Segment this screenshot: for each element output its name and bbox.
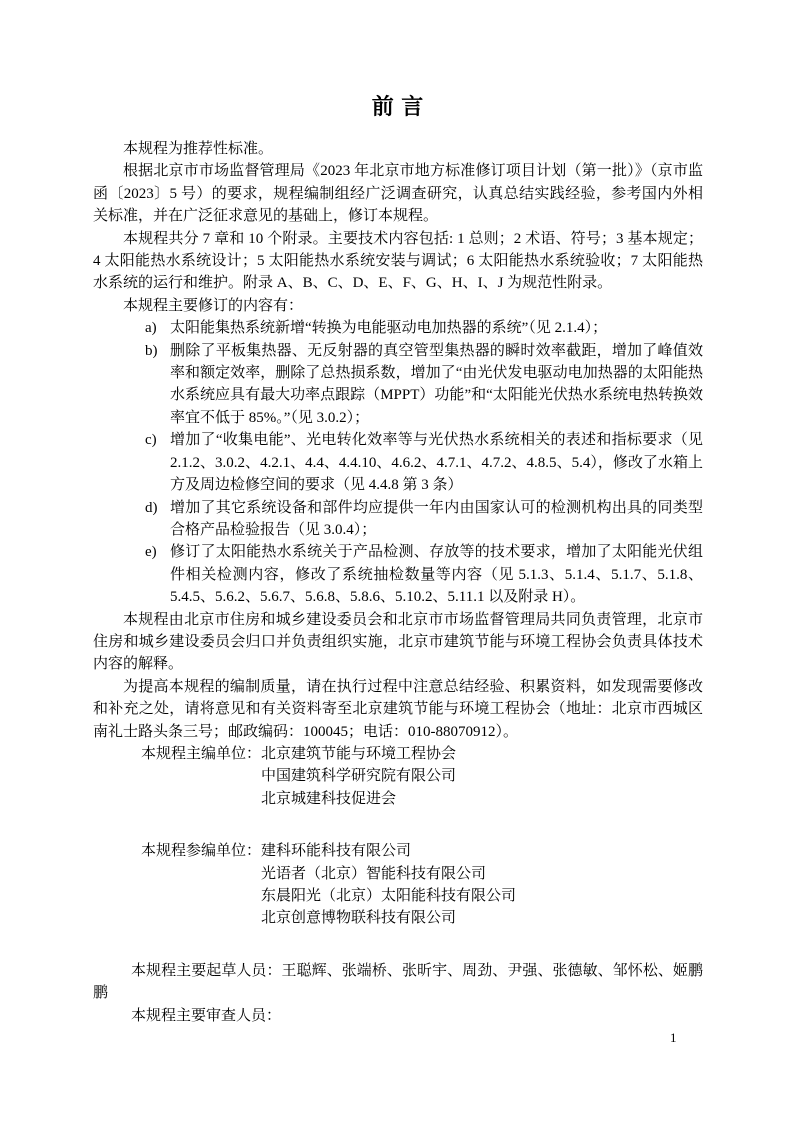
revision-list: a) 太阳能集热系统新增“转换为电能驱动电加热器的系统”（见 2.1.4）； b… <box>93 317 703 608</box>
revision-item-label: e) <box>145 541 157 563</box>
revision-item-text: 修订了太阳能热水系统关于产品检测、存放等的技术要求，增加了太阳能光伏组件相关检测… <box>170 544 703 605</box>
co-editor-unit: 光语者（北京）智能科技有限公司 <box>261 863 516 885</box>
paragraph-recommended-standard: 本规程为推荐性标准。 <box>93 138 703 160</box>
co-editor-block: 本规程参编单位： 建科环能科技有限公司 光语者（北京）智能科技有限公司 东晨阳光… <box>141 840 703 930</box>
revision-item-label: c) <box>145 429 157 451</box>
chief-editor-unit: 北京城建科技促进会 <box>261 788 456 810</box>
revision-item-b: b) 删除了平板集热器、无反射器的真空管型集热器的瞬时效率截距，增加了峰值效率和… <box>93 340 703 430</box>
paragraph-basis: 根据北京市市场监督管理局《2023 年北京市地方标准修订项目计划（第一批）》（京… <box>93 160 703 227</box>
page-title: 前 言 <box>93 92 703 122</box>
chief-editor-unit: 北京建筑节能与环境工程协会 <box>261 743 456 765</box>
paragraph-reviewers: 本规程主要审查人员： <box>93 1005 703 1027</box>
document-page: 前 言 本规程为推荐性标准。 根据北京市市场监督管理局《2023 年北京市地方标… <box>0 0 800 1132</box>
revision-item-label: b) <box>145 340 158 362</box>
paragraph-feedback: 为提高本规程的编制质量，请在执行过程中注意总结经验、积累资料，如发现需要修改和补… <box>93 676 703 743</box>
revision-item-text: 删除了平板集热器、无反射器的真空管型集热器的瞬时效率截距，增加了峰值效率和额定效… <box>170 343 703 426</box>
paragraph-management: 本规程由北京市住房和城乡建设委员会和北京市市场监督管理局共同负责管理，北京市住房… <box>93 609 703 676</box>
co-editor-unit: 东晨阳光（北京）太阳能科技有限公司 <box>261 885 516 907</box>
paragraph-revision-lead: 本规程主要修订的内容有： <box>93 295 703 317</box>
revision-item-c: c) 增加了“收集电能”、光电转化效率等与光伏热水系统相关的表述和指标要求（见 … <box>93 429 703 496</box>
co-editor-unit: 北京创意博物联科技有限公司 <box>261 907 516 929</box>
revision-item-text: 增加了其它系统设备和部件均应提供一年内由国家认可的检测机构出具的同类型合格产品检… <box>170 500 703 538</box>
chief-editor-block: 本规程主编单位： 北京建筑节能与环境工程协会 中国建筑科学研究院有限公司 北京城… <box>141 743 703 810</box>
co-editor-label: 本规程参编单位： <box>141 840 261 862</box>
revision-item-e: e) 修订了太阳能热水系统关于产品检测、存放等的技术要求，增加了太阳能光伏组件相… <box>93 541 703 608</box>
chief-editor-label: 本规程主编单位： <box>141 743 261 765</box>
paragraph-contents-overview: 本规程共分 7 章和 10 个附录。主要技术内容包括: 1 总则；2 术语、符号… <box>93 228 703 295</box>
revision-item-a: a) 太阳能集热系统新增“转换为电能驱动电加热器的系统”（见 2.1.4）； <box>93 317 703 339</box>
paragraph-drafters: 本规程主要起草人员：王聪辉、张端桥、张昕宇、周劲、尹强、张德敏、邹怀松、姬鹏鹏 <box>93 960 703 1005</box>
chief-editor-unit: 中国建筑科学研究院有限公司 <box>261 765 456 787</box>
page-number: 1 <box>670 1030 677 1046</box>
revision-item-text: 增加了“收集电能”、光电转化效率等与光伏热水系统相关的表述和指标要求（见 2.1… <box>170 432 703 493</box>
revision-item-label: a) <box>145 317 157 339</box>
revision-item-d: d) 增加了其它系统设备和部件均应提供一年内由国家认可的检测机构出具的同类型合格… <box>93 497 703 542</box>
revision-item-label: d) <box>145 497 158 519</box>
chief-editor-units: 北京建筑节能与环境工程协会 中国建筑科学研究院有限公司 北京城建科技促进会 <box>261 743 456 810</box>
co-editor-unit: 建科环能科技有限公司 <box>261 840 516 862</box>
revision-item-text: 太阳能集热系统新增“转换为电能驱动电加热器的系统”（见 2.1.4）； <box>170 320 607 336</box>
co-editor-units: 建科环能科技有限公司 光语者（北京）智能科技有限公司 东晨阳光（北京）太阳能科技… <box>261 840 516 930</box>
